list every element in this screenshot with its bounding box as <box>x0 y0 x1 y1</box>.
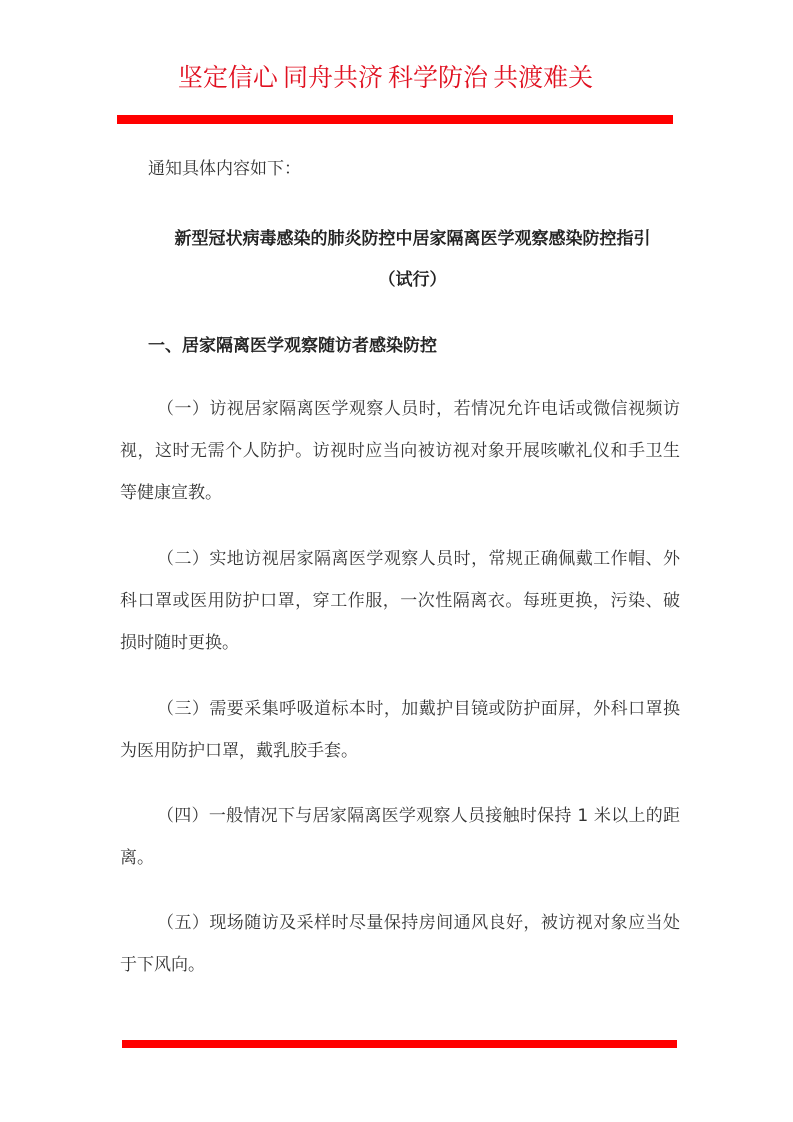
paragraph-1: （一）访视居家隔离医学观察人员时，若情况允许电话或微信视频访视，这时无需个人防护… <box>120 388 680 514</box>
slogan-2: 同舟共济 <box>283 63 383 92</box>
document-title-suffix: （试行） <box>120 265 705 290</box>
paragraph-2: （二）实地访视居家隔离医学观察人员时，常规正确佩戴工作帽、外科口罩或医用防护口罩… <box>120 538 680 664</box>
bottom-red-rule <box>122 1040 677 1048</box>
slogan-1: 坚定信心 <box>178 63 278 92</box>
top-red-rule <box>117 115 673 124</box>
slogan-3: 科学防治 <box>388 63 488 92</box>
paragraph-5: （五）现场随访及采样时尽量保持房间通风良好，被访视对象应当处于下风向。 <box>120 902 680 986</box>
slogan-banner: 坚定信心 同舟共济 科学防治 共渡难关 <box>0 58 793 94</box>
paragraph-3: （三）需要采集呼吸道标本时，加戴护目镜或防护面屏，外科口罩换为医用防护口罩，戴乳… <box>120 688 680 772</box>
slogan-4: 共渡难关 <box>493 63 593 92</box>
paragraph-4: （四）一般情况下与居家隔离医学观察人员接触时保持 1 米以上的距离。 <box>120 795 680 879</box>
document-title: 新型冠状病毒感染的肺炎防控中居家隔离医学观察感染防控指引 <box>120 224 705 249</box>
section-heading: 一、居家隔离医学观察随访者感染防控 <box>148 331 437 356</box>
intro-text: 通知具体内容如下： <box>148 154 301 179</box>
